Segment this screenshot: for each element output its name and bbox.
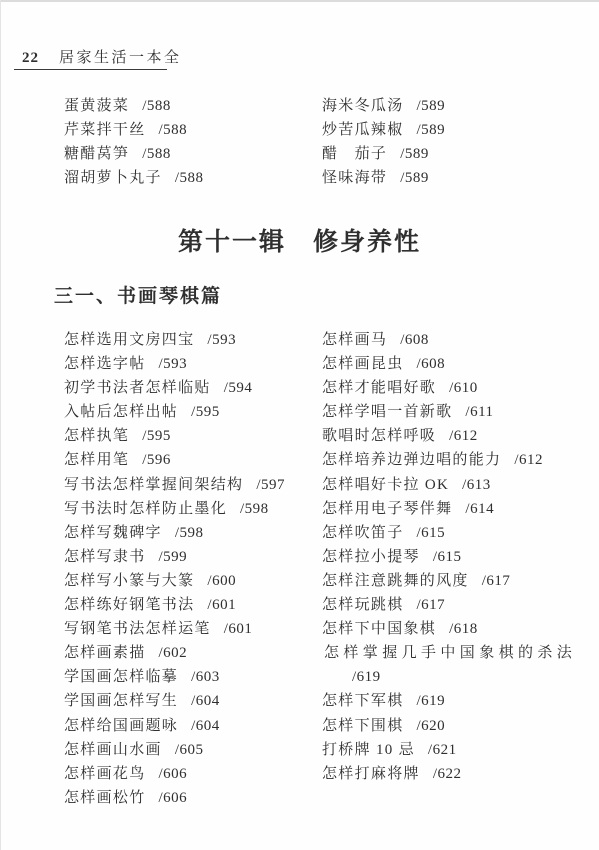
entry-title: 怎样写小篆与大篆 <box>64 573 194 589</box>
entry-page-number: /606 <box>159 790 188 806</box>
toc-entry: 芹菜拌干丝/588 <box>64 118 314 142</box>
entry-title: 怎样打麻将牌 <box>322 766 420 782</box>
page-number: 22 <box>22 50 39 66</box>
entry-page-number: /617 <box>417 597 446 613</box>
entry-title: 怎样选字帖 <box>64 356 146 372</box>
entry-page-number: /603 <box>191 669 220 685</box>
toc-entry: 怎样画松竹/606 <box>64 786 316 810</box>
entry-title: 学国画怎样写生 <box>64 693 178 709</box>
toc-entry: 怎样学唱一首新歌/611 <box>322 400 588 424</box>
toc-entry: 怎样培养边弹边唱的能力/612 <box>322 448 588 472</box>
food-toc-left-column: 蛋黄菠菜/588芹菜拌干丝/588糖醋莴笋/588溜胡萝卜丸子/588 <box>64 94 314 190</box>
toc-entry: 海米冬瓜汤/589 <box>322 94 582 118</box>
toc-entry: 醋 茄子/589 <box>322 142 582 166</box>
entry-title: 怎样画素描 <box>64 645 146 661</box>
toc-entry: 写钢笔书法怎样运笔/601 <box>64 617 316 641</box>
entry-page-number: /618 <box>449 621 478 637</box>
entry-page-number: /595 <box>142 428 171 444</box>
section-title: 第十一辑 修身养性 <box>0 222 599 258</box>
toc-entry: 怎样画花鸟/606 <box>64 762 316 786</box>
toc-entry: 打桥牌 10 忌/621 <box>322 738 588 762</box>
entry-title: 写书法时怎样防止墨化 <box>64 501 227 517</box>
entry-page-number: /615 <box>417 525 446 541</box>
toc-entry: 怎样写魏碑字/598 <box>64 521 316 545</box>
entry-title: 怎样画山水画 <box>64 742 162 758</box>
toc-entry: 怎样给国画题咏/604 <box>64 714 316 738</box>
entry-page-number: /619 <box>352 669 381 685</box>
entry-page-number: /619 <box>417 693 446 709</box>
entry-page-number: /588 <box>142 146 171 162</box>
toc-entry: 怎样玩跳棋/617 <box>322 593 588 617</box>
entry-page-number: /604 <box>191 693 220 709</box>
entry-page-number: /620 <box>417 718 446 734</box>
toc-entry: 怎样唱好卡拉 OK/613 <box>322 473 588 497</box>
toc-entry: 怎样画素描/602 <box>64 641 316 665</box>
entry-title: 写书法怎样掌握间架结构 <box>64 477 243 493</box>
toc-entry: 怎样吹笛子/615 <box>322 521 588 545</box>
entry-page-number: /597 <box>256 477 285 493</box>
toc-entry: 怎样写隶书/599 <box>64 545 316 569</box>
toc-entry: 写书法怎样掌握间架结构/597 <box>64 473 316 497</box>
toc-entry: 怎样用电子琴伴舞/614 <box>322 497 588 521</box>
entry-page-number: /605 <box>175 742 204 758</box>
entry-page-number: /599 <box>159 549 188 565</box>
entry-title: 醋 茄子 <box>322 146 387 162</box>
entry-title: 怎样学唱一首新歌 <box>322 404 452 420</box>
entry-title: 怪味海带 <box>322 170 387 186</box>
entry-title: 怎样玩跳棋 <box>322 597 404 613</box>
entry-title: 蛋黄菠菜 <box>64 98 129 114</box>
toc-entry: 初学书法者怎样临贴/594 <box>64 376 316 400</box>
toc-entry: 学国画怎样写生/604 <box>64 689 316 713</box>
entry-title: 炒苦瓜辣椒 <box>322 122 404 138</box>
entry-title: 怎样写隶书 <box>64 549 146 565</box>
entry-page-number: /589 <box>417 122 446 138</box>
toc-entry: 蛋黄菠菜/588 <box>64 94 314 118</box>
entry-title: 歌唱时怎样呼吸 <box>322 428 436 444</box>
entry-title: 写钢笔书法怎样运笔 <box>64 621 211 637</box>
entry-title: 打桥牌 10 忌 <box>322 742 415 758</box>
scan-edge-top <box>0 0 599 2</box>
toc-entry: 怎样下中国象棋/618 <box>322 617 588 641</box>
toc-entry: 怎样用笔/596 <box>64 448 316 472</box>
toc-entry: 写书法时怎样防止墨化/598 <box>64 497 316 521</box>
toc-entry: 怎样画马/608 <box>322 328 588 352</box>
running-header: 22居家生活一本全 <box>22 46 182 67</box>
entry-title: 怎样吹笛子 <box>322 525 404 541</box>
entry-title: 怎样下军棋 <box>322 693 404 709</box>
entry-title: 怎样用笔 <box>64 452 129 468</box>
entry-title: 怎样画松竹 <box>64 790 146 806</box>
entry-title: 怎样写魏碑字 <box>64 525 162 541</box>
entry-title: 怎样注意跳舞的风度 <box>322 573 469 589</box>
entry-page-number: /594 <box>224 380 253 396</box>
entry-page-number: /596 <box>142 452 171 468</box>
toc-entry: 怎样下围棋/620 <box>322 714 588 738</box>
entry-title: 怎样给国画题咏 <box>64 718 178 734</box>
entry-page-number: /608 <box>417 356 446 372</box>
entry-title: 怎样掌握几手中国象棋的杀法 <box>324 645 576 661</box>
toc-entry: 怎样画昆虫/608 <box>322 352 588 376</box>
entry-page-number: /608 <box>400 332 429 348</box>
entry-title: 怎样练好钢笔书法 <box>64 597 194 613</box>
entry-title: 海米冬瓜汤 <box>322 98 404 114</box>
entry-title: 怎样画花鸟 <box>64 766 146 782</box>
entry-page-number: /588 <box>175 170 204 186</box>
toc-entry: 怎样掌握几手中国象棋的杀法/619 <box>322 641 588 689</box>
entry-title: 溜胡萝卜丸子 <box>64 170 162 186</box>
toc-right-column: 怎样画马/608怎样画昆虫/608怎样才能唱好歌/610怎样学唱一首新歌/611… <box>322 328 588 786</box>
entry-page-number: /600 <box>207 573 236 589</box>
entry-page-number: /589 <box>417 98 446 114</box>
toc-entry: 怎样练好钢笔书法/601 <box>64 593 316 617</box>
entry-page-number: /611 <box>465 404 493 420</box>
entry-title: 怎样执笔 <box>64 428 129 444</box>
entry-page-number: /601 <box>207 597 236 613</box>
entry-page-number: /621 <box>428 742 457 758</box>
entry-page-number: /622 <box>433 766 462 782</box>
toc-entry: 怪味海带/589 <box>322 166 582 190</box>
book-title: 居家生活一本全 <box>59 50 182 66</box>
toc-entry: 糖醋莴笋/588 <box>64 142 314 166</box>
entry-title: 怎样下中国象棋 <box>322 621 436 637</box>
toc-entry: 怎样画山水画/605 <box>64 738 316 762</box>
entry-page-number: /588 <box>142 98 171 114</box>
entry-page-number: /589 <box>400 146 429 162</box>
food-toc-right-column: 海米冬瓜汤/589炒苦瓜辣椒/589醋 茄子/589怪味海带/589 <box>322 94 582 190</box>
toc-entry: 学国画怎样临摹/603 <box>64 665 316 689</box>
entry-page-number: /598 <box>240 501 269 517</box>
entry-title: 怎样用电子琴伴舞 <box>322 501 452 517</box>
entry-title: 怎样才能唱好歌 <box>322 380 436 396</box>
entry-title: 怎样唱好卡拉 OK <box>322 477 449 493</box>
toc-entry: 怎样才能唱好歌/610 <box>322 376 588 400</box>
book-page: 22居家生活一本全 蛋黄菠菜/588芹菜拌干丝/588糖醋莴笋/588溜胡萝卜丸… <box>0 0 599 850</box>
entry-page-number: /613 <box>462 477 491 493</box>
entry-page-number: /617 <box>482 573 511 589</box>
toc-entry: 怎样拉小提琴/615 <box>322 545 588 569</box>
toc-entry: 怎样选用文房四宝/593 <box>64 328 316 352</box>
entry-page-number: /601 <box>224 621 253 637</box>
entry-title: 怎样画马 <box>322 332 387 348</box>
entry-page-wrap-line: /619 <box>322 665 588 689</box>
entry-page-number: /588 <box>159 122 188 138</box>
entry-title: 糖醋莴笋 <box>64 146 129 162</box>
entry-page-number: /612 <box>514 452 543 468</box>
entry-page-number: /614 <box>465 501 494 517</box>
toc-entry: 怎样写小篆与大篆/600 <box>64 569 316 593</box>
toc-entry: 怎样注意跳舞的风度/617 <box>322 569 588 593</box>
entry-title: 初学书法者怎样临贴 <box>64 380 211 396</box>
toc-entry: 怎样执笔/595 <box>64 424 316 448</box>
entry-title: 芹菜拌干丝 <box>64 122 146 138</box>
entry-title: 学国画怎样临摹 <box>64 669 178 685</box>
entry-page-number: /612 <box>449 428 478 444</box>
entry-page-number: /598 <box>175 525 204 541</box>
toc-entry: 怎样选字帖/593 <box>64 352 316 376</box>
toc-left-column: 怎样选用文房四宝/593怎样选字帖/593初学书法者怎样临贴/594入帖后怎样出… <box>64 328 316 810</box>
entry-page-number: /615 <box>433 549 462 565</box>
toc-entry: 炒苦瓜辣椒/589 <box>322 118 582 142</box>
header-rule <box>14 69 167 70</box>
toc-entry: 歌唱时怎样呼吸/612 <box>322 424 588 448</box>
entry-title: 怎样选用文房四宝 <box>64 332 194 348</box>
toc-entry: 入帖后怎样出帖/595 <box>64 400 316 424</box>
toc-entry: 溜胡萝卜丸子/588 <box>64 166 314 190</box>
subsection-title: 三一、书画琴棋篇 <box>54 281 222 308</box>
entry-page-number: /604 <box>191 718 220 734</box>
entry-page-number: /589 <box>400 170 429 186</box>
entry-page-number: /593 <box>207 332 236 348</box>
entry-page-number: /595 <box>191 404 220 420</box>
entry-title: 怎样下围棋 <box>322 718 404 734</box>
entry-title: 怎样拉小提琴 <box>322 549 420 565</box>
entry-title: 怎样培养边弹边唱的能力 <box>322 452 501 468</box>
entry-page-number: /602 <box>159 645 188 661</box>
scan-edge-left <box>0 0 1 850</box>
toc-entry: 怎样下军棋/619 <box>322 689 588 713</box>
entry-page-number: /593 <box>159 356 188 372</box>
entry-title: 怎样画昆虫 <box>322 356 404 372</box>
toc-entry: 怎样打麻将牌/622 <box>322 762 588 786</box>
entry-title: 入帖后怎样出帖 <box>64 404 178 420</box>
entry-page-number: /610 <box>449 380 478 396</box>
entry-page-number: /606 <box>159 766 188 782</box>
